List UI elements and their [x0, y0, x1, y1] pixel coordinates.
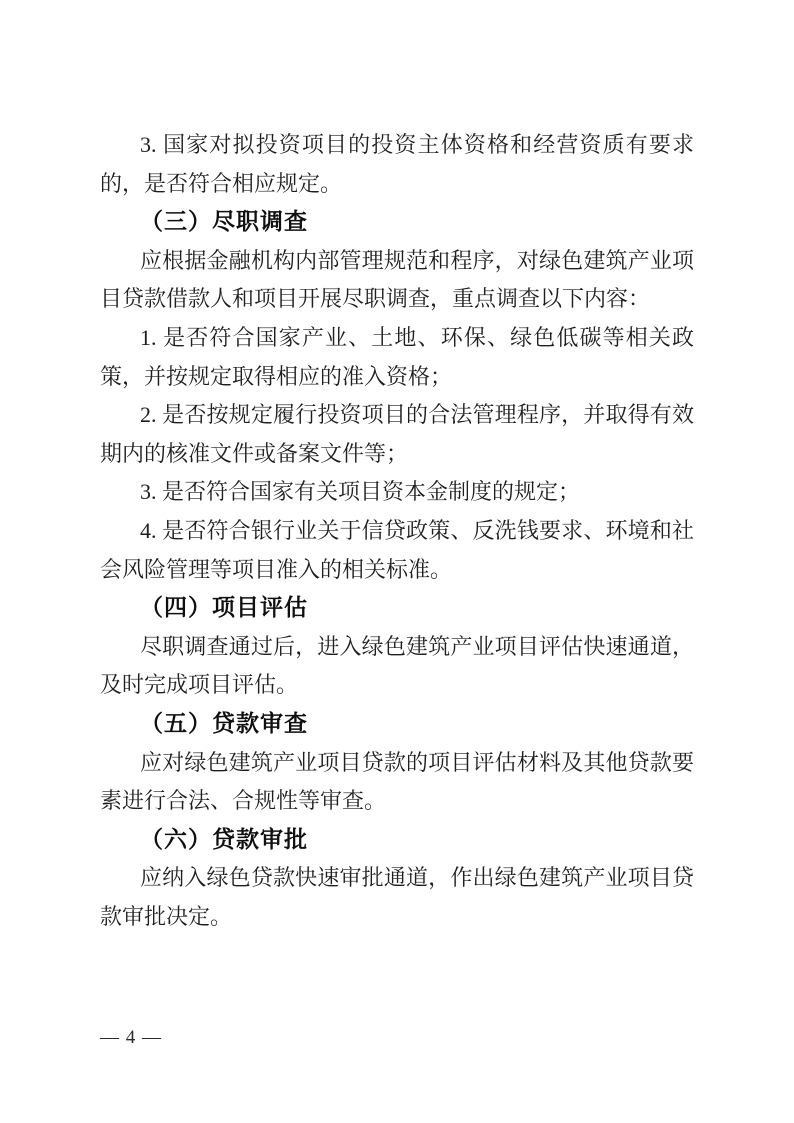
text-line: 尽职调查通过后，进入绿色建筑产业项目评估快速通道， — [100, 628, 694, 667]
text-line: 应对绿色建筑产业项目贷款的项目评估材料及其他贷款要 — [100, 744, 694, 783]
text-line: 期内的核准文件或备案文件等； — [100, 435, 694, 474]
text-line: 2. 是否按规定履行投资项目的合法管理程序，并取得有效 — [100, 396, 694, 435]
text-line: 应根据金融机构内部管理规范和程序，对绿色建筑产业项 — [100, 242, 694, 281]
page-footer: — 4 — — [100, 1026, 162, 1050]
document-body: 3. 国家对拟投资项目的投资主体资格和经营资质有要求的，是否符合相应规定。（三）… — [100, 126, 694, 936]
text-line: 会风险管理等项目准入的相关标准。 — [100, 551, 694, 590]
text-line: 策，并按规定取得相应的准入资格； — [100, 358, 694, 397]
section-heading: （三）尽职调查 — [100, 203, 694, 242]
text-line: 及时完成项目评估。 — [100, 666, 694, 705]
text-line: 素进行合法、合规性等审查。 — [100, 782, 694, 821]
text-line: 款审批决定。 — [100, 898, 694, 937]
section-heading: （五）贷款审查 — [100, 705, 694, 744]
section-heading: （六）贷款审批 — [100, 821, 694, 860]
text-line: 3. 国家对拟投资项目的投资主体资格和经营资质有要求 — [100, 126, 694, 165]
document-page: 3. 国家对拟投资项目的投资主体资格和经营资质有要求的，是否符合相应规定。（三）… — [0, 0, 794, 1123]
section-heading: （四）项目评估 — [100, 589, 694, 628]
text-line: 4. 是否符合银行业关于信贷政策、反洗钱要求、环境和社 — [100, 512, 694, 551]
text-line: 1. 是否符合国家产业、土地、环保、绿色低碳等相关政 — [100, 319, 694, 358]
text-line: 3. 是否符合国家有关项目资本金制度的规定； — [100, 473, 694, 512]
text-line: 的，是否符合相应规定。 — [100, 165, 694, 204]
text-line: 目贷款借款人和项目开展尽职调查，重点调查以下内容： — [100, 280, 694, 319]
page-number: — 4 — — [100, 1027, 162, 1048]
text-line: 应纳入绿色贷款快速审批通道，作出绿色建筑产业项目贷 — [100, 859, 694, 898]
